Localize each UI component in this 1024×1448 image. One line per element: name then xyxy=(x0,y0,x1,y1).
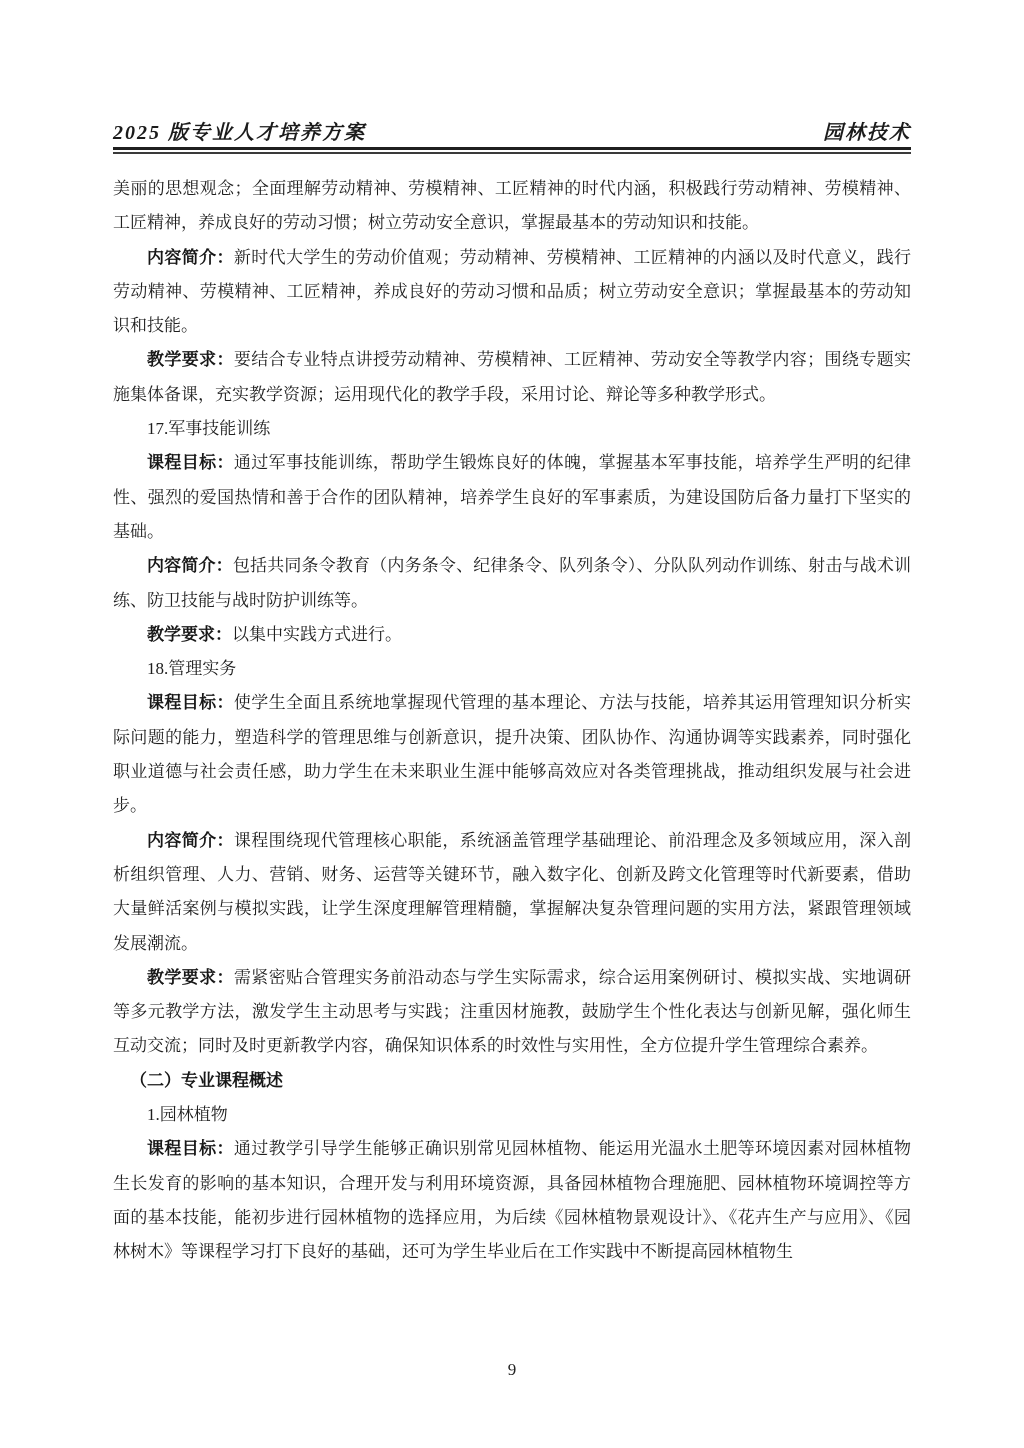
page-number: 9 xyxy=(508,1360,517,1379)
document-body: 美丽的思想观念；全面理解劳动精神、劳模精神、工匠精神的时代内涵，积极践行劳动精神… xyxy=(113,172,911,1270)
paragraph: 教学要求：以集中实践方式进行。 xyxy=(113,618,911,652)
course-item-title: 1.园林植物 xyxy=(113,1098,911,1132)
header-rule-thin-line xyxy=(113,152,911,154)
paragraph-label: 课程目标： xyxy=(147,1139,234,1158)
paragraph-label: 教学要求： xyxy=(147,968,234,987)
paragraph: 美丽的思想观念；全面理解劳动精神、劳模精神、工匠精神的时代内涵，积极践行劳动精神… xyxy=(113,172,911,241)
paragraph-label: 内容简介： xyxy=(147,556,233,575)
paragraph-label: 课程目标： xyxy=(147,693,234,712)
paragraph: 教学要求：需紧密贴合管理实务前沿动态与学生实际需求，综合运用案例研讨、模拟实战、… xyxy=(113,961,911,1064)
paragraph-label: 教学要求： xyxy=(147,625,232,644)
paragraph: 内容简介：课程围绕现代管理核心职能，系统涵盖管理学基础理论、前沿理念及多领域应用… xyxy=(113,824,911,961)
paragraph-label: 教学要求： xyxy=(147,350,234,369)
header-left-title: 2025 版专业人才培养方案 xyxy=(113,116,366,145)
paragraph: 课程目标：通过教学引导学生能够正确识别常见园林植物、能运用光温水土肥等环境因素对… xyxy=(113,1132,911,1269)
course-item-title: 18.管理实务 xyxy=(113,652,911,686)
paragraph: 内容简介：新时代大学生的劳动价值观；劳动精神、劳模精神、工匠精神的内涵以及时代意… xyxy=(113,241,911,344)
paragraph-label: 内容简介： xyxy=(147,831,234,850)
paragraph-label: 课程目标： xyxy=(147,453,234,472)
paragraph: 课程目标：使学生全面且系统地掌握现代管理的基本理论、方法与技能，培养其运用管理知… xyxy=(113,686,911,823)
paragraph: 内容简介：包括共同条令教育（内务条令、纪律条令、队列条令）、分队队列动作训练、射… xyxy=(113,549,911,618)
section-heading: （二）专业课程概述 xyxy=(113,1064,911,1098)
paragraph: 课程目标：通过军事技能训练，帮助学生锻炼良好的体魄，掌握基本军事技能，培养学生严… xyxy=(113,446,911,549)
document-page: 2025 版专业人才培养方案 园林技术 美丽的思想观念；全面理解劳动精神、劳模精… xyxy=(0,0,1024,1448)
paragraph: 教学要求：要结合专业特点讲授劳动精神、劳模精神、工匠精神、劳动安全等教学内容；围… xyxy=(113,343,911,412)
course-item-title: 17.军事技能训练 xyxy=(113,412,911,446)
page-footer: 9 xyxy=(0,1360,1024,1380)
paragraph-label: 内容简介： xyxy=(147,248,234,267)
header-right-title: 园林技术 xyxy=(823,116,911,145)
page-header: 2025 版专业人才培养方案 园林技术 xyxy=(113,116,911,145)
header-rule-thick-line xyxy=(113,147,911,150)
header-double-rule xyxy=(113,147,911,154)
